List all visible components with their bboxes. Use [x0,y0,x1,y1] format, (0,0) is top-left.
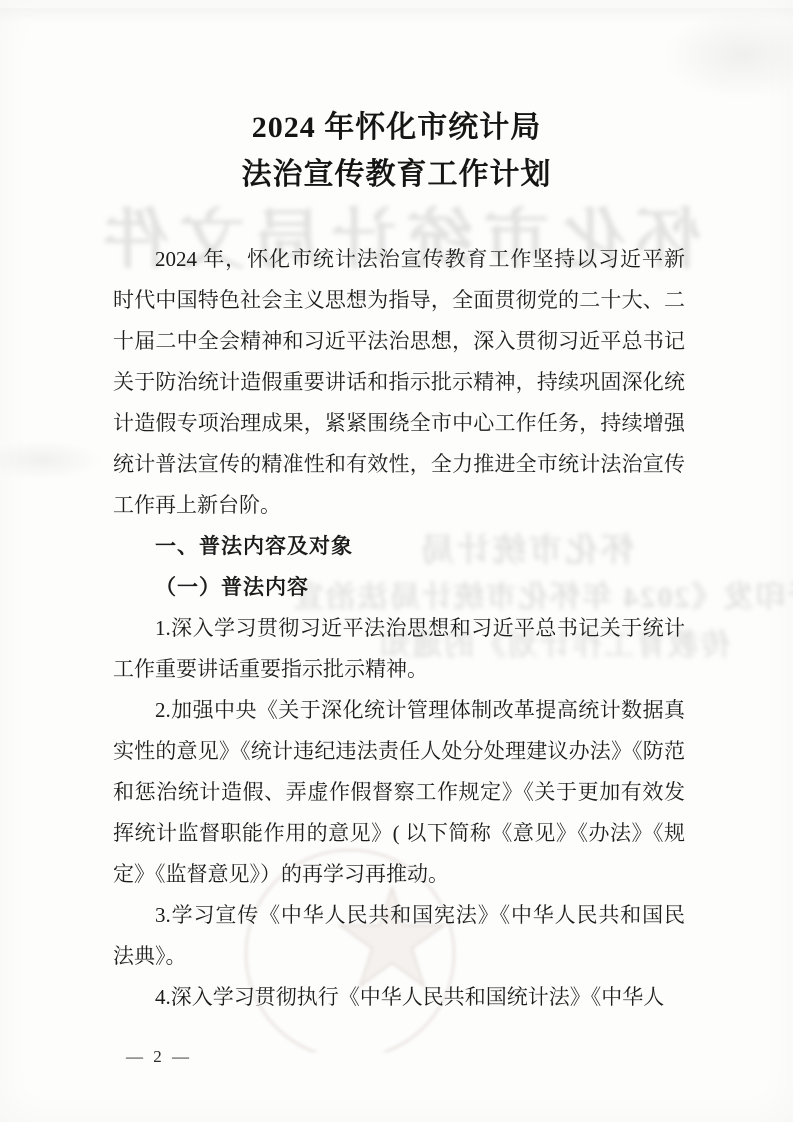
body-item-1: 1.深入学习贯彻习近平法治思想和习近平总书记关于统计工作重要讲话重要指示批示精神… [113,608,685,690]
title-line-1: 2024 年怀化市统计局 [0,104,793,151]
body-item-2: 2.加强中央《关于深化统计管理体制改革提高统计数据真实性的意见》《统计违纪违法责… [113,690,685,895]
section-heading-1: 一、普法内容及对象 [113,526,685,567]
scan-smudge-top-right [663,10,793,100]
document-body: 2024 年，怀化市统计法治宣传教育工作坚持以习近平新时代中国特色社会主义思想为… [113,239,685,1018]
body-item-4: 4.深入学习贯彻执行《中华人民共和国统计法》《中华人 [113,977,685,1018]
page-number: — 2 — [126,1047,192,1067]
document-title: 2024 年怀化市统计局 法治宣传教育工作计划 [0,104,793,198]
scan-smudge-left [0,440,102,480]
body-item-3: 3.学习宣传《中华人民共和国宪法》《中华人民共和国民法典》。 [113,895,685,977]
body-paragraph-1: 2024 年，怀化市统计法治宣传教育工作坚持以习近平新时代中国特色社会主义思想为… [113,239,685,526]
subsection-heading-1: （一）普法内容 [113,567,685,608]
document-page: 怀化市统计局文件 怀化市统计局 关于印发《2024 年怀化市统计局法治宣 传教育… [0,0,793,1122]
title-line-2: 法治宣传教育工作计划 [0,151,793,198]
scan-smudge-top [0,8,793,22]
